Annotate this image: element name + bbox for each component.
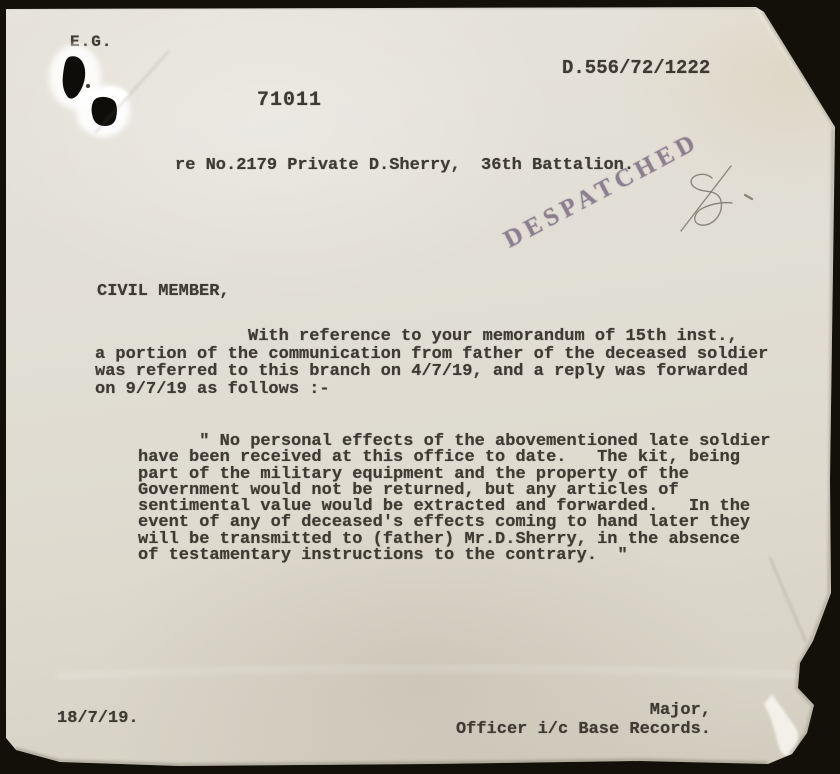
salutation: CIVIL MEMBER, [97,282,230,301]
quoted-reply-paragraph: " No personal effects of the abovementio… [138,434,771,564]
signature-block: Major, Officer i/c Base Records. [455,702,711,739]
punch-hole-bottom [92,97,118,126]
annotator-initials: E.G. [70,33,112,51]
despatched-stamp: DESPATCHED [499,128,704,255]
document-paper: E.G. D.556/72/1222 71011 re No.2179 Priv… [0,0,840,774]
reference-number: D.556/72/1222 [562,57,710,79]
punch-hole-halos [49,45,130,137]
subject-line: re No.2179 Private D.Sherry, 36th Battal… [175,156,634,175]
pencil-initial-mark [681,166,752,231]
date-line: 18/7/19. [57,709,139,728]
body-paragraph: With reference to your memorandum of 15t… [95,328,768,398]
punch-hole-top [63,56,90,98]
file-number: 71011 [257,89,322,112]
torn-edge-highlight [764,694,798,756]
